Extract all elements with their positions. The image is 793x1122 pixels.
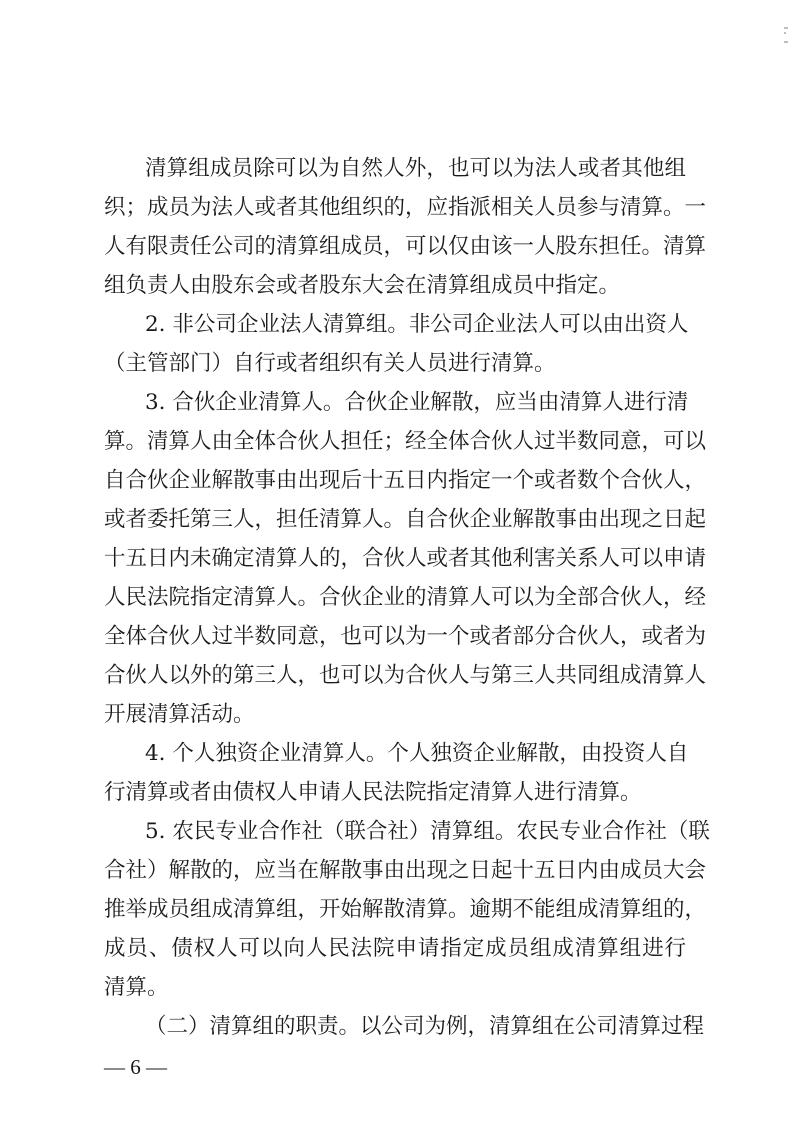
text-line: 或者委托第三人，担任清算人。自合伙企业解散事由出现之日起	[104, 505, 686, 535]
scan-edge-mark	[784, 27, 788, 29]
text-line: 开展清算活动。	[104, 700, 686, 730]
text-line: 十五日内未确定清算人的，合伙人或者其他利害关系人可以申请	[104, 544, 686, 574]
text-line: 成员、债权人可以向人民法院申请指定成员组成清算组进行	[104, 934, 686, 964]
text-line: 合伙人以外的第三人，也可以为合伙人与第三人共同组成清算人	[104, 661, 686, 691]
text-line: 合社）解散的，应当在解散事由出现之日起十五日内由成员大会	[104, 856, 686, 886]
text-line: 推举成员组成清算组，开始解散清算。逾期不能组成清算组的，	[104, 895, 686, 925]
text-line: 4. 个人独资企业清算人。个人独资企业解散，由投资人自	[145, 739, 686, 769]
text-line: （二）清算组的职责。以公司为例，清算组在公司清算过程	[145, 1012, 686, 1042]
text-line: 2. 非公司企业法人清算组。非公司企业法人可以由出资人	[145, 310, 686, 340]
scan-edge-mark	[784, 32, 786, 34]
text-line: 清算。	[104, 973, 686, 1003]
page-number: — 6 —	[104, 1052, 167, 1082]
text-line: 人民法院指定清算人。合伙企业的清算人可以为全部合伙人，经	[104, 583, 686, 613]
text-line: 自合伙企业解散事由出现后十五日内指定一个或者数个合伙人，	[104, 466, 686, 496]
text-line: （主管部门）自行或者组织有关人员进行清算。	[104, 349, 686, 379]
text-line: 人有限责任公司的清算组成员，可以仅由该一人股东担任。清算	[104, 232, 686, 262]
scan-edge-mark	[784, 41, 788, 43]
text-line: 行清算或者由债权人申请人民法院指定清算人进行清算。	[104, 778, 686, 808]
document-page: 清算组成员除可以为自然人外，也可以为法人或者其他组 织；成员为法人或者其他组织的…	[0, 0, 793, 1122]
text-line: 织；成员为法人或者其他组织的，应指派相关人员参与清算。一	[104, 193, 686, 223]
text-line: 5. 农民专业合作社（联合社）清算组。农民专业合作社（联	[145, 817, 686, 847]
text-line: 算。清算人由全体合伙人担任；经全体合伙人过半数同意，可以	[104, 427, 686, 457]
text-line: 全体合伙人过半数同意，也可以为一个或者部分合伙人，或者为	[104, 622, 686, 652]
text-line: 组负责人由股东会或者股东大会在清算组成员中指定。	[104, 271, 686, 301]
text-line: 3. 合伙企业清算人。合伙企业解散，应当由清算人进行清	[145, 388, 686, 418]
text-line: 清算组成员除可以为自然人外，也可以为法人或者其他组	[145, 154, 686, 184]
